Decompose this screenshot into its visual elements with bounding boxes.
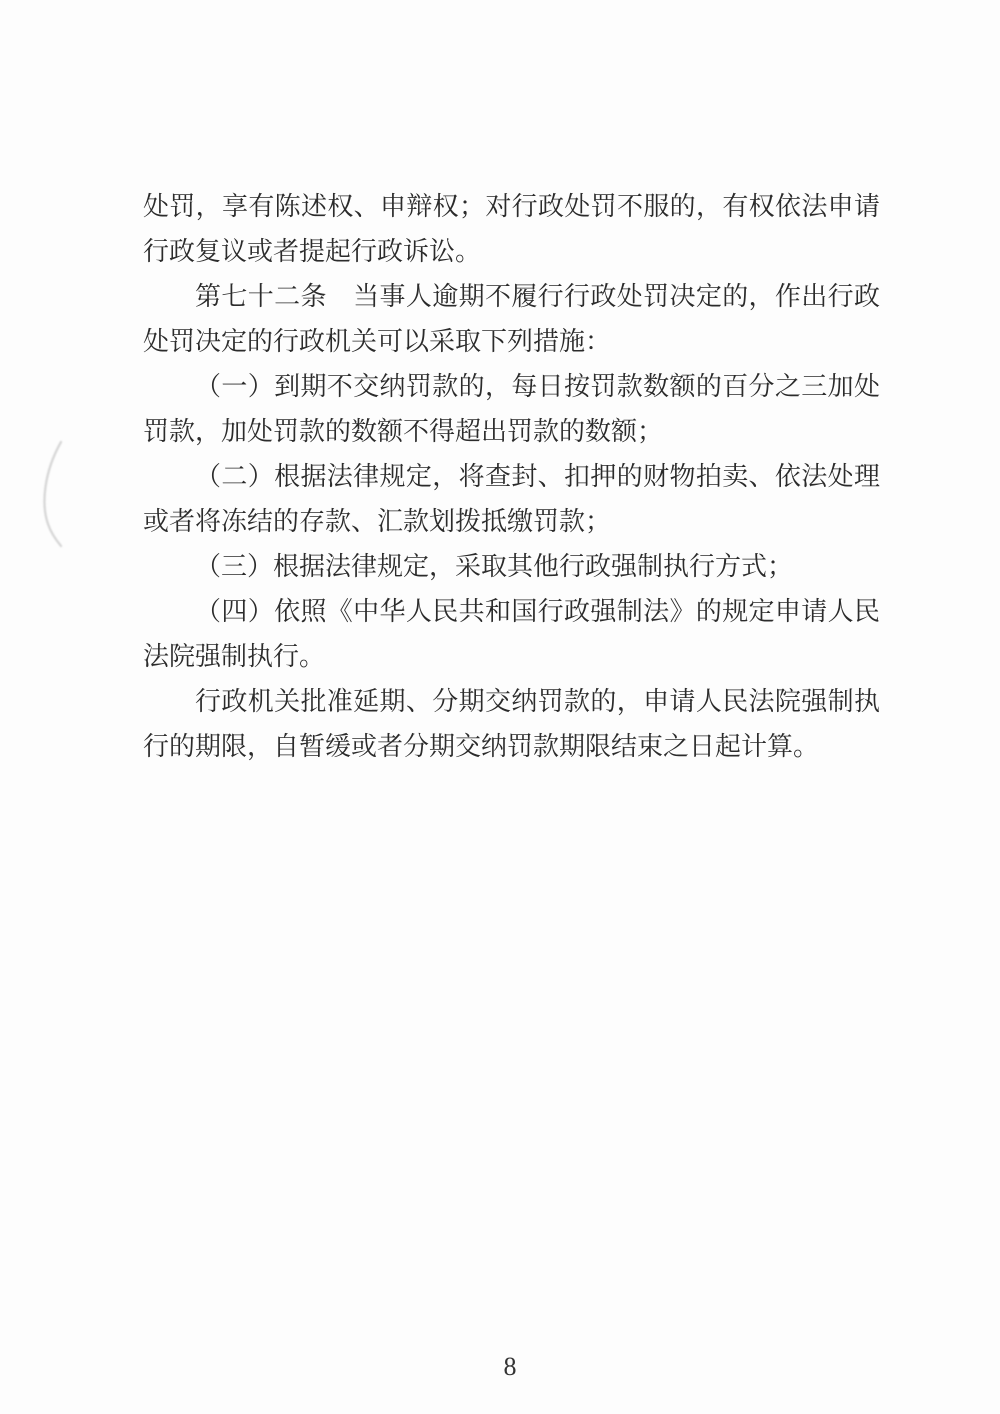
page-number: 8: [10, 1350, 1000, 1384]
paragraph: 第七十二条 当事人逾期不履行行政处罚决定的，作出行政处罚决定的行政机关可以采取下…: [143, 274, 880, 364]
paragraph: （一）到期不交纳罚款的，每日按罚款数额的百分之三加处罚款，加处罚款的数额不得超出…: [143, 364, 880, 454]
paragraph: 处罚，享有陈述权、申辩权；对行政处罚不服的，有权依法申请行政复议或者提起行政诉讼…: [143, 184, 880, 274]
document-body: 处罚，享有陈述权、申辩权；对行政处罚不服的，有权依法申请行政复议或者提起行政诉讼…: [143, 184, 880, 769]
paragraph: （四）依照《中华人民共和国行政强制法》的规定申请人民法院强制执行。: [143, 589, 880, 679]
paragraph: 行政机关批准延期、分期交纳罚款的，申请人民法院强制执行的期限，自暂缓或者分期交纳…: [143, 679, 880, 769]
document-page: 处罚，享有陈述权、申辩权；对行政处罚不服的，有权依法申请行政复议或者提起行政诉讼…: [0, 0, 1000, 1414]
paragraph: （三）根据法律规定，采取其他行政强制执行方式；: [143, 544, 880, 589]
scan-artifact: [34, 436, 78, 554]
paragraph: （二）根据法律规定，将查封、扣押的财物拍卖、依法处理或者将冻结的存款、汇款划拨抵…: [143, 454, 880, 544]
